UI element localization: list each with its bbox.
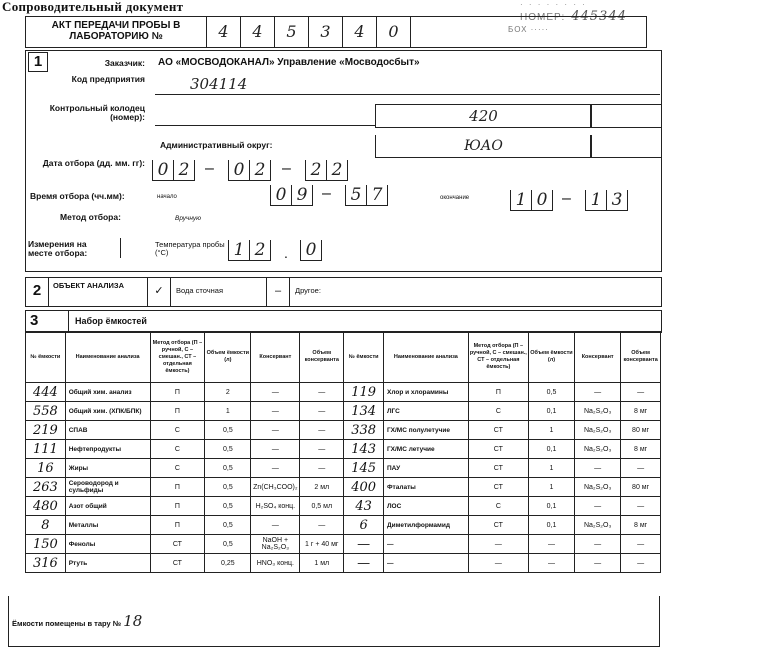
cell-pres: — bbox=[251, 459, 300, 478]
table-row: 219СПАВС0,5——338ГХ/МС полулетучиеСТ1Na₂S… bbox=[26, 421, 661, 440]
section-3-header: 3 Набор ёмкостей bbox=[25, 310, 662, 333]
cell-pvol: 80 мг bbox=[621, 421, 661, 440]
cell-pvol: — bbox=[300, 440, 344, 459]
cell-name: Фталаты bbox=[383, 478, 468, 497]
cell-num[interactable]: 134 bbox=[344, 402, 384, 421]
col-header: Консервант bbox=[251, 332, 300, 383]
cell-pvol: 1 мл bbox=[300, 554, 344, 573]
col-header: № ёмкости bbox=[26, 332, 66, 383]
cell-pvol: 8 мг bbox=[621, 516, 661, 535]
cell-pvol: 1 г + 40 мг bbox=[300, 535, 344, 554]
cell-num[interactable]: 111 bbox=[26, 440, 66, 459]
digit: 2 bbox=[250, 160, 270, 180]
section-2-number: 2 bbox=[26, 278, 49, 306]
table-header-row: № ёмкости Наименование анализа Метод отб… bbox=[26, 332, 661, 383]
cell-pres: — bbox=[575, 497, 621, 516]
cell-num[interactable]: 480 bbox=[26, 497, 66, 516]
digit: 1 bbox=[586, 190, 607, 210]
date-label: Дата отбора (дд. мм. гг): bbox=[30, 159, 145, 168]
cell-pvol: — bbox=[621, 459, 661, 478]
measure-checkbox[interactable] bbox=[120, 238, 121, 258]
cell-method: П bbox=[150, 402, 205, 421]
cell-name: Металлы bbox=[65, 516, 150, 535]
cell-name: ЛОС bbox=[383, 497, 468, 516]
cell-pvol: — bbox=[300, 421, 344, 440]
cell-vol: 0,5 bbox=[205, 478, 251, 497]
cell-pres: — bbox=[251, 516, 300, 535]
method-value: Вручную bbox=[175, 215, 201, 222]
digit: 2 bbox=[250, 240, 270, 260]
cell-vol: 0,1 bbox=[528, 497, 574, 516]
cell-method: СТ bbox=[468, 459, 528, 478]
table-row: 316РтутьСТ0,25HNO₃ конц.1 мл—————— bbox=[26, 554, 661, 573]
cell-method: С bbox=[468, 402, 528, 421]
cell-name: ПАУ bbox=[383, 459, 468, 478]
cell-num[interactable]: 338 bbox=[344, 421, 384, 440]
cell-num[interactable]: 8 bbox=[26, 516, 66, 535]
stamp-top: · · · · · · · · bbox=[520, 0, 587, 9]
cell-method: П bbox=[150, 497, 205, 516]
cell-num[interactable]: — bbox=[344, 554, 384, 573]
digit: 2 bbox=[327, 160, 347, 180]
date-separator: – bbox=[205, 160, 214, 178]
start-hours[interactable]: 09 bbox=[270, 185, 313, 206]
cell-method: С bbox=[150, 421, 205, 440]
cell-pvol: — bbox=[300, 402, 344, 421]
method-label: Метод отбора: bbox=[60, 213, 121, 222]
temp-integer[interactable]: 12 bbox=[228, 240, 271, 261]
cell-pvol: 2 мл bbox=[300, 478, 344, 497]
cell-vol: — bbox=[528, 554, 574, 573]
cell-name: Фенолы bbox=[65, 535, 150, 554]
cell-num[interactable]: 558 bbox=[26, 402, 66, 421]
digit: 0 bbox=[229, 160, 250, 180]
digit: 0 bbox=[271, 185, 292, 205]
cell-name: Жиры bbox=[65, 459, 150, 478]
start-label: начало bbox=[157, 194, 177, 200]
cell-vol: 0,25 bbox=[205, 554, 251, 573]
tare-number[interactable]: 18 bbox=[123, 612, 142, 630]
cell-num[interactable]: 43 bbox=[344, 497, 384, 516]
cell-pvol: — bbox=[621, 383, 661, 402]
section-3-number: 3 bbox=[26, 311, 69, 332]
act-digit[interactable]: 4 bbox=[207, 17, 241, 47]
act-digit[interactable]: 5 bbox=[275, 17, 309, 47]
cell-name: Диметилформамид bbox=[383, 516, 468, 535]
cell-num[interactable]: 145 bbox=[344, 459, 384, 478]
cell-pres: HNO₃ конц. bbox=[251, 554, 300, 573]
cell-vol: 0,5 bbox=[205, 421, 251, 440]
col-header: Наименование анализа bbox=[65, 332, 150, 383]
col-header: Наименование анализа bbox=[383, 332, 468, 383]
table-row: 8МеталлыП0,5——6ДиметилформамидСТ0,1Na₂S₂… bbox=[26, 516, 661, 535]
cell-name: СПАВ bbox=[65, 421, 150, 440]
digit: 7 bbox=[367, 185, 387, 205]
box-label: БОХ ····· bbox=[411, 17, 646, 47]
act-digit[interactable]: 3 bbox=[309, 17, 343, 47]
col-header: № ёмкости bbox=[344, 332, 384, 383]
cell-num[interactable]: 150 bbox=[26, 535, 66, 554]
cell-vol: 0,5 bbox=[205, 459, 251, 478]
time-separator: – bbox=[322, 185, 331, 203]
cell-method: СТ bbox=[468, 478, 528, 497]
table-row: 111НефтепродуктыС0,5——143ГХ/МС летучиеСТ… bbox=[26, 440, 661, 459]
cell-pres: Na₂S₂O₃ bbox=[575, 421, 621, 440]
cell-method: С bbox=[150, 440, 205, 459]
cell-method: СТ bbox=[150, 554, 205, 573]
well-field[interactable]: 420 bbox=[375, 104, 592, 128]
temp-label: Температура пробы (°С) bbox=[155, 241, 225, 257]
cell-pvol: 8 мг bbox=[621, 440, 661, 459]
cell-name: — bbox=[383, 535, 468, 554]
cell-pvol: 8 мг bbox=[621, 402, 661, 421]
table-row: 558Общий хим. (ХПК/БПК)П1——134ЛГСС0,1Na₂… bbox=[26, 402, 661, 421]
cell-pres: — bbox=[575, 554, 621, 573]
cell-pres: — bbox=[575, 535, 621, 554]
cell-method: П bbox=[150, 478, 205, 497]
act-digit[interactable]: 4 bbox=[241, 17, 275, 47]
cell-method: С bbox=[468, 497, 528, 516]
code-field[interactable]: 304114 bbox=[155, 75, 660, 95]
cell-method: П bbox=[468, 383, 528, 402]
cell-vol: — bbox=[528, 535, 574, 554]
cell-name: ЛГС bbox=[383, 402, 468, 421]
cell-method: СТ bbox=[150, 535, 205, 554]
cell-pvol: — bbox=[300, 516, 344, 535]
cell-name: Ртуть bbox=[65, 554, 150, 573]
digit: 0 bbox=[153, 160, 174, 180]
cell-vol: 1 bbox=[528, 421, 574, 440]
temp-decimal[interactable]: 0 bbox=[300, 240, 322, 261]
cell-method: СТ bbox=[468, 421, 528, 440]
cell-name: Общий хим. (ХПК/БПК) bbox=[65, 402, 150, 421]
cell-name: Хлор и хлорамины bbox=[383, 383, 468, 402]
end-hours[interactable]: 10 bbox=[510, 190, 553, 211]
cell-pvol: 80 мг bbox=[621, 478, 661, 497]
well-blank bbox=[155, 105, 375, 126]
footer-label: Ёмкости помещены в тару № 18 bbox=[12, 612, 142, 630]
cell-vol: 1 bbox=[528, 478, 574, 497]
cell-pres: Na₂S₂O₃ bbox=[575, 440, 621, 459]
cell-name: ГХ/МС полулетучие bbox=[383, 421, 468, 440]
cell-method: — bbox=[468, 535, 528, 554]
cell-vol: 1 bbox=[205, 402, 251, 421]
cell-num[interactable]: 400 bbox=[344, 478, 384, 497]
act-header: АКТ ПЕРЕДАЧИ ПРОБЫ В ЛАБОРАТОРИЮ № 4 4 5… bbox=[25, 16, 647, 48]
cell-vol: 0,5 bbox=[528, 383, 574, 402]
cell-method: СТ bbox=[468, 440, 528, 459]
cell-name: Нефтепродукты bbox=[65, 440, 150, 459]
cell-name: Общий хим. анализ bbox=[65, 383, 150, 402]
date-year[interactable]: 22 bbox=[305, 160, 348, 181]
col-header: Объем консерванта bbox=[300, 332, 344, 383]
cell-name: Азот общий bbox=[65, 497, 150, 516]
tare-label: Ёмкости помещены в тару № bbox=[12, 619, 121, 628]
digit: 2 bbox=[306, 160, 327, 180]
cell-method: П bbox=[150, 383, 205, 402]
cell-vol: 0,5 bbox=[205, 440, 251, 459]
customer-value: АО «МОСВОДОКАНАЛ» Управление «Мосводосбы… bbox=[158, 57, 420, 68]
time-label: Время отбора (чч.мм): bbox=[30, 192, 125, 201]
date-separator: – bbox=[282, 160, 291, 178]
decimal-point: . bbox=[284, 245, 288, 261]
digit: 2 bbox=[174, 160, 194, 180]
time-separator: – bbox=[562, 190, 571, 208]
cell-num[interactable]: — bbox=[344, 535, 384, 554]
other-label: Другое: bbox=[290, 278, 661, 306]
well-label: Контрольный колодец (номер): bbox=[40, 104, 145, 122]
wastewater-checkbox[interactable]: ✓ bbox=[148, 278, 171, 306]
end-minutes[interactable]: 13 bbox=[585, 190, 628, 211]
cell-method: П bbox=[150, 516, 205, 535]
cell-pres: Na₂S₂O₃ bbox=[575, 402, 621, 421]
cell-num[interactable]: 316 bbox=[26, 554, 66, 573]
digit: 5 bbox=[346, 185, 367, 205]
digit: 0 bbox=[532, 190, 552, 210]
cell-vol: 0,1 bbox=[528, 440, 574, 459]
cell-pres: Na₂S₂O₃ bbox=[575, 478, 621, 497]
col-header: Объем ёмкости (л) bbox=[528, 332, 574, 383]
date-month[interactable]: 02 bbox=[228, 160, 271, 181]
cell-num[interactable]: 119 bbox=[344, 383, 384, 402]
section-2: 2 ОБЪЕКТ АНАЛИЗА ✓ Вода сточная – Другое… bbox=[25, 277, 662, 307]
cell-pres: Na₂S₂O₃ bbox=[575, 516, 621, 535]
cell-method: СТ bbox=[468, 516, 528, 535]
col-header: Метод отбора (П – ручной, С – смешан., С… bbox=[468, 332, 528, 383]
section-1-number: 1 bbox=[28, 52, 48, 72]
cell-method: С bbox=[150, 459, 205, 478]
col-header: Консервант bbox=[575, 332, 621, 383]
digit: 0 bbox=[301, 240, 321, 260]
digit: 1 bbox=[511, 190, 532, 210]
cell-pvol: — bbox=[621, 497, 661, 516]
digit: 1 bbox=[229, 240, 250, 260]
cell-pres: — bbox=[251, 440, 300, 459]
col-header: Объем ёмкости (л) bbox=[205, 332, 251, 383]
col-header: Объем консерванта bbox=[621, 332, 661, 383]
section-3-title: Набор ёмкостей bbox=[69, 311, 661, 332]
cell-name: — bbox=[383, 554, 468, 573]
cell-vol: 0,5 bbox=[205, 535, 251, 554]
cell-pres: Zn(CH₃COO)₂ bbox=[251, 478, 300, 497]
cell-vol: 0,5 bbox=[205, 516, 251, 535]
document-title: Сопроводительный документ bbox=[2, 0, 183, 15]
cell-vol: 0,1 bbox=[528, 402, 574, 421]
table-row: 150ФенолыСТ0,5NaOH + Na₂S₂O₃1 г + 40 мг—… bbox=[26, 535, 661, 554]
district-label: Административный округ: bbox=[160, 141, 272, 150]
cell-num[interactable]: 6 bbox=[344, 516, 384, 535]
start-minutes[interactable]: 57 bbox=[345, 185, 388, 206]
act-title: АКТ ПЕРЕДАЧИ ПРОБЫ В ЛАБОРАТОРИЮ № bbox=[26, 17, 207, 47]
end-label: окончание bbox=[440, 195, 469, 201]
col-header: Метод отбора (П – ручной, С – смешан., С… bbox=[150, 332, 205, 383]
cell-method: — bbox=[468, 554, 528, 573]
cell-num[interactable]: 143 bbox=[344, 440, 384, 459]
object-title: ОБЪЕКТ АНАЛИЗА bbox=[49, 278, 148, 306]
cell-pvol: — bbox=[621, 535, 661, 554]
digit: 9 bbox=[292, 185, 312, 205]
table-row: 444Общий хим. анализП2——119Хлор и хлорам… bbox=[26, 383, 661, 402]
table-row: 480Азот общийП0,5H₂SO₄ конц.0,5 мл43ЛОСС… bbox=[26, 497, 661, 516]
table-row: 263Сероводород и сульфидыП0,5Zn(CH₃COO)₂… bbox=[26, 478, 661, 497]
customer-label: Заказчик: bbox=[60, 59, 145, 68]
district-extra bbox=[590, 135, 662, 158]
well-extra bbox=[590, 104, 662, 128]
district-field[interactable]: ЮАО bbox=[375, 135, 592, 158]
cell-num[interactable]: 219 bbox=[26, 421, 66, 440]
cell-vol: 0,5 bbox=[205, 497, 251, 516]
cell-vol: 1 bbox=[528, 459, 574, 478]
other-checkbox[interactable]: – bbox=[267, 278, 290, 306]
cell-vol: 2 bbox=[205, 383, 251, 402]
act-digit[interactable]: 0 bbox=[377, 17, 411, 47]
cell-vol: 0,1 bbox=[528, 516, 574, 535]
wastewater-label: Вода сточная bbox=[171, 278, 267, 306]
code-label: Код предприятия bbox=[50, 75, 145, 84]
cell-pres: — bbox=[251, 383, 300, 402]
cell-pvol: 0,5 мл bbox=[300, 497, 344, 516]
cell-pres: — bbox=[575, 459, 621, 478]
cell-name: ГХ/МС летучие bbox=[383, 440, 468, 459]
date-day[interactable]: 02 bbox=[152, 160, 195, 181]
containers-table: № ёмкости Наименование анализа Метод отб… bbox=[25, 331, 661, 573]
cell-num[interactable]: 263 bbox=[26, 478, 66, 497]
measure-label: Измерения на месте отбора: bbox=[28, 240, 108, 258]
cell-pres: — bbox=[575, 383, 621, 402]
cell-pvol: — bbox=[621, 554, 661, 573]
cell-name: Сероводород и сульфиды bbox=[65, 478, 150, 497]
table-row: 16ЖирыС0,5——145ПАУСТ1—— bbox=[26, 459, 661, 478]
cell-num[interactable]: 444 bbox=[26, 383, 66, 402]
cell-pvol: — bbox=[300, 459, 344, 478]
cell-pres: — bbox=[251, 402, 300, 421]
act-digit[interactable]: 4 bbox=[343, 17, 377, 47]
cell-pvol: — bbox=[300, 383, 344, 402]
digit: 3 bbox=[607, 190, 627, 210]
cell-pres: H₂SO₄ конц. bbox=[251, 497, 300, 516]
cell-num[interactable]: 16 bbox=[26, 459, 66, 478]
cell-pres: NaOH + Na₂S₂O₃ bbox=[251, 535, 300, 554]
cell-pres: — bbox=[251, 421, 300, 440]
